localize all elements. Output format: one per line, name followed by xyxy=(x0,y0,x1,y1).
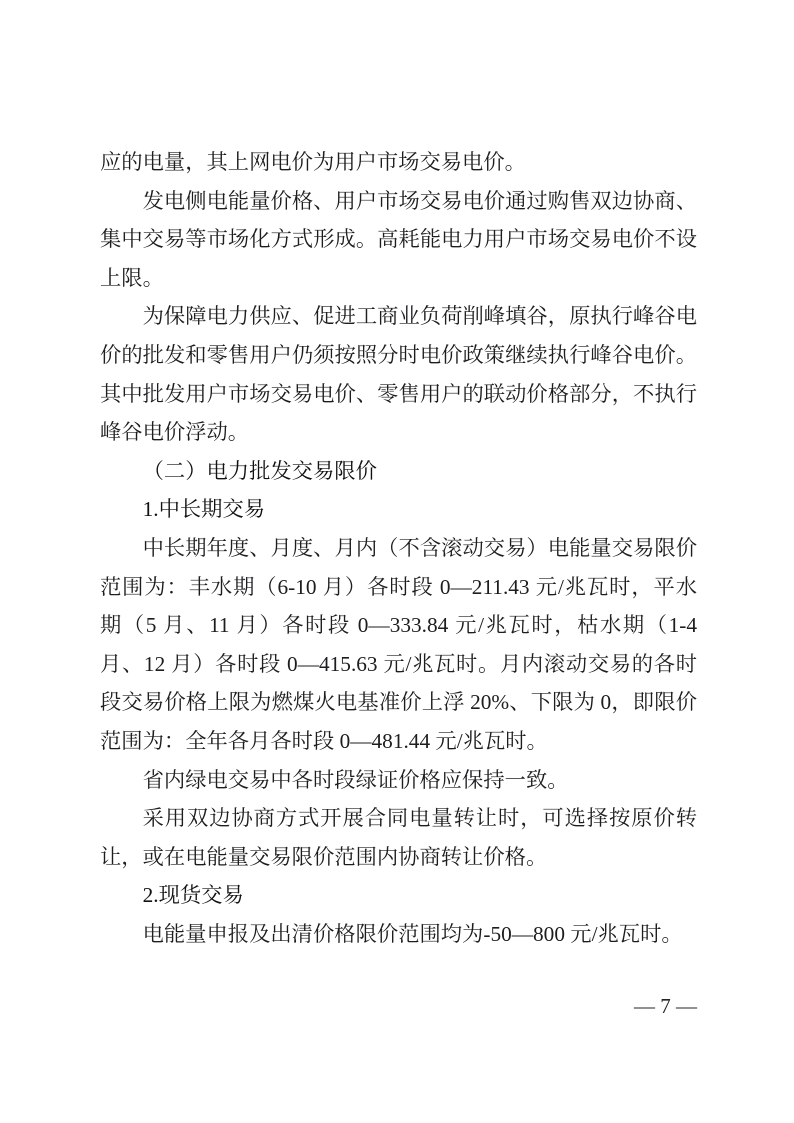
section-heading-wholesale-price-limit: （二）电力批发交易限价 xyxy=(100,452,697,491)
subsection-heading-spot-trading: 2.现货交易 xyxy=(100,876,697,915)
paragraph: 为保障电力供应、促进工商业负荷削峰填谷，原执行峰谷电价的批发和零售用户仍须按照分… xyxy=(100,297,697,451)
paragraph: 发电侧电能量价格、用户市场交易电价通过购售双边协商、集中交易等市场化方式形成。高… xyxy=(100,182,697,298)
subsection-heading-mid-long-term-trading: 1.中长期交易 xyxy=(100,490,697,529)
paragraph: 中长期年度、月度、月内（不含滚动交易）电能量交易限价范围为：丰水期（6-10 月… xyxy=(100,529,697,761)
paragraph: 采用双边协商方式开展合同电量转让时，可选择按原价转让，或在电能量交易限价范围内协… xyxy=(100,799,697,876)
paragraph: 省内绿电交易中各时段绿证价格应保持一致。 xyxy=(100,761,697,800)
document-page: 应的电量，其上网电价为用户市场交易电价。 发电侧电能量价格、用户市场交易电价通过… xyxy=(0,0,794,1123)
paragraph: 电能量申报及出清价格限价范围均为-50—800 元/兆瓦时。 xyxy=(100,915,697,954)
paragraph-continuation: 应的电量，其上网电价为用户市场交易电价。 xyxy=(100,143,697,182)
document-body: 应的电量，其上网电价为用户市场交易电价。 发电侧电能量价格、用户市场交易电价通过… xyxy=(100,143,697,953)
page-number: — 7 — xyxy=(634,994,697,1018)
